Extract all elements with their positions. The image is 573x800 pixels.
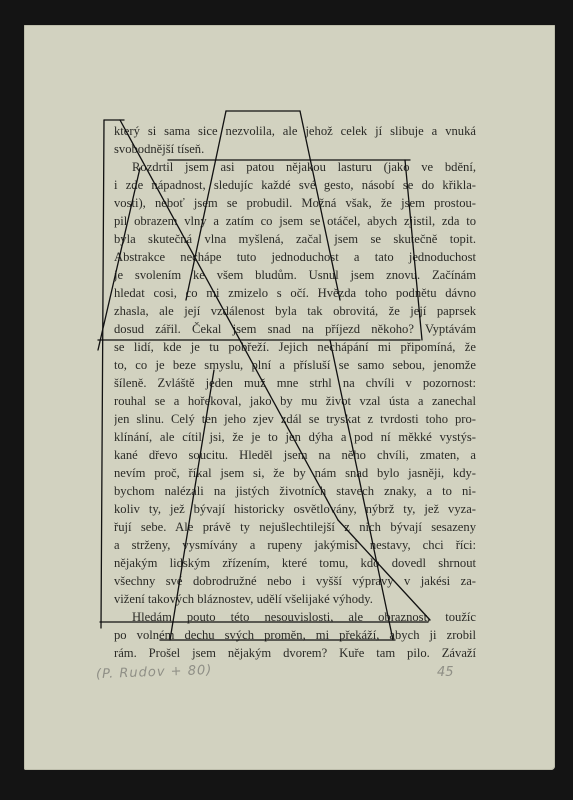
text-line: zhasla, ale její vzdálenost byla tak obr…: [114, 302, 476, 320]
text-line: svobodnější tíseň.: [114, 140, 476, 158]
text-line: nevím proč, říkal jsem si, že by nám sna…: [114, 464, 476, 482]
text-line: pil obrazem vlny a zatím co jsem se otáč…: [114, 212, 476, 230]
text-line: to, co je beze smyslu, plní a přísluší s…: [114, 356, 476, 374]
text-line: jen slinu. Celý ten jeho zjev zdál se tr…: [114, 410, 476, 428]
text-line: řují sebe. Ale právě ty nejušlechtilejší…: [114, 518, 476, 536]
text-line: vižení takových bláznostev, udělí všelij…: [114, 590, 476, 608]
text-line: byla skutečná vlna myšlená, začal jsem s…: [114, 230, 476, 248]
text-line: rám. Prošel jsem nějakým dvorem? Kuře ta…: [114, 644, 476, 662]
text-line: i zde nápadnost, sledujíc každé své gest…: [114, 176, 476, 194]
text-line: a strženy, vysmívány a rupeny jakýmisi n…: [114, 536, 476, 554]
scanned-page: který si sama sice nezvolila, ale jehož …: [24, 25, 555, 770]
text-line: šíleně. Zvláště jeden muž mne strhl na c…: [114, 374, 476, 392]
text-line: je svolením ke všem bludům. Usnul jsem z…: [114, 266, 476, 284]
text-line: rouhal se a hořekoval, jako by mu život …: [114, 392, 476, 410]
page-number: 45: [437, 665, 454, 680]
text-line: hledat cosi, co mi zmizelo s očí. Hvězda…: [114, 284, 476, 302]
text-line: Rozdrtil jsem asi patou nějakou lasturu …: [114, 158, 476, 176]
body-text: který si sama sice nezvolila, ale jehož …: [114, 122, 476, 662]
text-line: po volném dechu svých proměn, mi překáží…: [114, 626, 476, 644]
text-line: dosud zářil. Čekal jsem snad na příjezd …: [114, 320, 476, 338]
text-line: se lidí, kde je tu pobřeží. Jejich nechá…: [114, 338, 476, 356]
text-line: nějakým lidským zřízením, které tomu, kd…: [114, 554, 476, 572]
text-line: kané dřevo soucitu. Hleděl jsem na něho …: [114, 446, 476, 464]
text-line: Hledám pouto této nesouvislosti, ale obr…: [114, 608, 476, 626]
text-line: vosti), neboť jsem se probudil. Možná vš…: [114, 194, 476, 212]
text-line: všechny své dobrodružné nebo i vyšší výp…: [114, 572, 476, 590]
text-line: klínání, ale cítil jsi, že je to jen dýh…: [114, 428, 476, 446]
text-line: který si sama sice nezvolila, ale jehož …: [114, 122, 476, 140]
text-line: koliv ty, jež bývají historicky osvětlov…: [114, 500, 476, 518]
text-line: Abstrakce nechápe tuto jednoduchost a ta…: [114, 248, 476, 266]
text-line: bychom nalézali na jistých životních sta…: [114, 482, 476, 500]
